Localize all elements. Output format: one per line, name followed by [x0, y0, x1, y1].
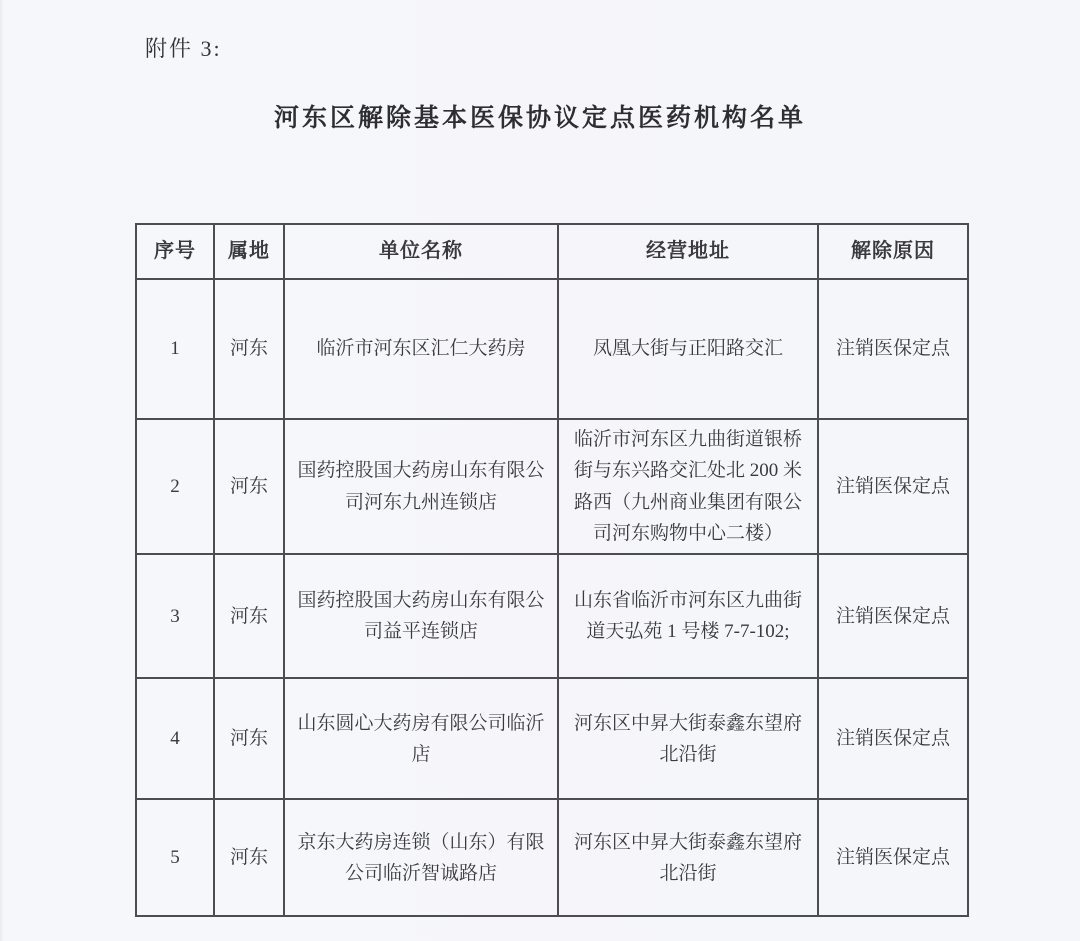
terminated-institutions-table: 序号 属地 单位名称 经营地址 解除原因 1 河东 临沂市河东区汇仁大药房 凤凰…: [135, 223, 969, 917]
cell-name: 国药控股国大药房山东有限公司益平连锁店: [284, 554, 558, 678]
header-address: 经营地址: [558, 224, 818, 279]
table-row: 1 河东 临沂市河东区汇仁大药房 凤凰大街与正阳路交汇 注销医保定点: [136, 279, 968, 419]
cell-address: 山东省临沂市河东区九曲街道天弘苑 1 号楼 7-7-102;: [558, 554, 818, 678]
table-row: 4 河东 山东圆心大药房有限公司临沂店 河东区中昇大街泰鑫东望府北沿街 注销医保…: [136, 678, 968, 799]
table-header-row: 序号 属地 单位名称 经营地址 解除原因: [136, 224, 968, 279]
page-title: 河东区解除基本医保协议定点医药机构名单: [0, 98, 1080, 134]
cell-no: 5: [136, 799, 214, 916]
cell-name: 国药控股国大药房山东有限公司河东九州连锁店: [284, 419, 558, 554]
cell-reason: 注销医保定点: [818, 678, 968, 799]
scanned-document-page: 附件 3: 河东区解除基本医保协议定点医药机构名单 序号 属地 单位名称 经营地…: [0, 0, 1080, 941]
cell-name: 山东圆心大药房有限公司临沂店: [284, 678, 558, 799]
header-name: 单位名称: [284, 224, 558, 279]
cell-region: 河东: [214, 554, 284, 678]
header-reason: 解除原因: [818, 224, 968, 279]
cell-address: 河东区中昇大街泰鑫东望府北沿街: [558, 799, 818, 916]
cell-region: 河东: [214, 678, 284, 799]
cell-region: 河东: [214, 419, 284, 554]
header-region: 属地: [214, 224, 284, 279]
cell-no: 3: [136, 554, 214, 678]
cell-reason: 注销医保定点: [818, 554, 968, 678]
cell-reason: 注销医保定点: [818, 279, 968, 419]
cell-address: 河东区中昇大街泰鑫东望府北沿街: [558, 678, 818, 799]
table-row: 5 河东 京东大药房连锁（山东）有限公司临沂智诚路店 河东区中昇大街泰鑫东望府北…: [136, 799, 968, 916]
cell-reason: 注销医保定点: [818, 799, 968, 916]
cell-region: 河东: [214, 799, 284, 916]
header-no: 序号: [136, 224, 214, 279]
cell-no: 4: [136, 678, 214, 799]
cell-no: 2: [136, 419, 214, 554]
cell-name: 京东大药房连锁（山东）有限公司临沂智诚路店: [284, 799, 558, 916]
attachment-label: 附件 3:: [145, 32, 222, 63]
cell-name: 临沂市河东区汇仁大药房: [284, 279, 558, 419]
cell-reason: 注销医保定点: [818, 419, 968, 554]
cell-address: 凤凰大街与正阳路交汇: [558, 279, 818, 419]
cell-no: 1: [136, 279, 214, 419]
table-row: 2 河东 国药控股国大药房山东有限公司河东九州连锁店 临沂市河东区九曲街道银桥街…: [136, 419, 968, 554]
cell-address: 临沂市河东区九曲街道银桥街与东兴路交汇处北 200 米路西（九州商业集团有限公司…: [558, 419, 818, 554]
cell-region: 河东: [214, 279, 284, 419]
table-row: 3 河东 国药控股国大药房山东有限公司益平连锁店 山东省临沂市河东区九曲街道天弘…: [136, 554, 968, 678]
